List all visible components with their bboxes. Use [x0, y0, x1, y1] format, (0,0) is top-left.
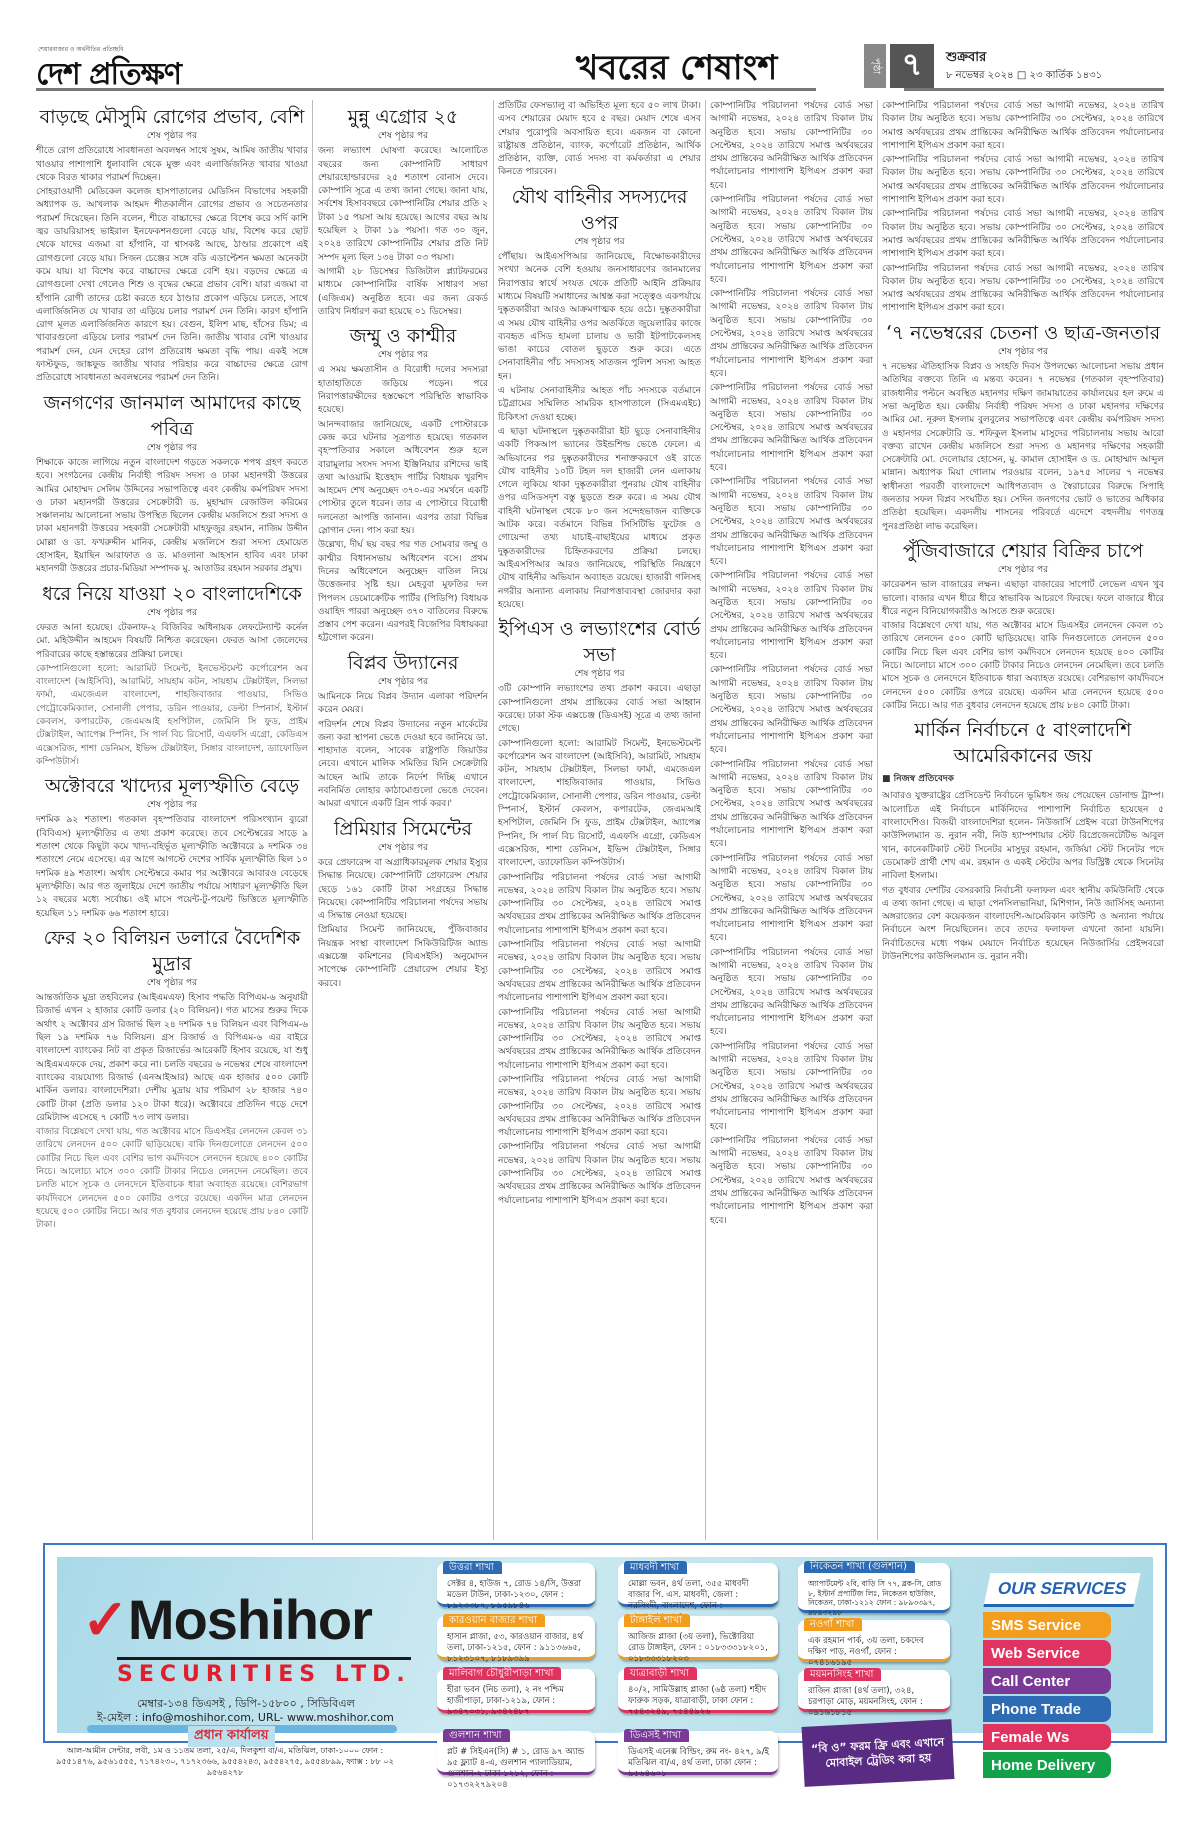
brand-swoosh-icon: ✓: [82, 1588, 128, 1651]
headline[interactable]: জম্মু ও কাশ্মীর: [318, 323, 488, 349]
head-office-label: প্রধান কার্যালয়: [188, 1726, 275, 1747]
bo-form-promo: “বি ও” ফরম ফ্রি এবং এখানে মোবাইল ট্রেডিং…: [802, 1719, 955, 1787]
headline[interactable]: অক্টোবরে খাদ্যের মূল্যস্ফীতি বেড়ে: [36, 773, 308, 799]
headline[interactable]: যৌথ বাহিনীর সদস্যদের ওপর: [498, 184, 701, 236]
continued-label: শেষ পৃষ্ঠার পর: [36, 442, 308, 455]
article-jammu-kashmir: জম্মু ও কাশ্মীর শেষ পৃষ্ঠার পর এ সময় ক্…: [318, 323, 488, 646]
headline[interactable]: পুঁজিবাজারে শেয়ার বিক্রির চাপে: [882, 538, 1164, 564]
branch-card: ডিএসই শাখাডিএসই এনেক্স বিল্ডিং, রুম নং- …: [618, 1731, 778, 1775]
article-body: কোম্পানিটির পরিচালনা পর্ষদের বোর্ড সভা আ…: [710, 476, 873, 569]
article-body: কোম্পানিটির পরিচালনা পর্ষদের বোর্ড সভা আ…: [710, 1135, 873, 1228]
branch-card: নওগাঁ শাখাএক রহমান পার্ক, ৩য় তলা, চকদেব…: [798, 1620, 950, 1662]
headline[interactable]: ফের ২০ বিলিয়ন ডলারে বৈদেশিক মুদ্রার: [36, 925, 308, 977]
branch-card: নিকেতন শাখা (গুলশান)অ্যাপার্টমেন্ট ২বি, …: [798, 1563, 950, 1613]
column-2: মুন্নু এগ্রোর ২৫ শেষ পৃষ্ঠার পর জন্য লভ্…: [318, 100, 488, 1535]
article-munnu-agro: মুন্নু এগ্রোর ২৫ শেষ পৃষ্ঠার পর জন্য লভ্…: [318, 104, 488, 319]
article-share-market: পুঁজিবাজারে শেয়ার বিক্রির চাপে শেষ পৃষ্…: [882, 538, 1164, 713]
continued-label: শেষ পৃষ্ঠার পর: [36, 799, 308, 812]
branch-card: উত্তরা শাখাসেক্টর ৪, হাউজ ৭, রোড ১৪/সি, …: [437, 1563, 595, 1607]
article-food-inflation: অক্টোবরে খাদ্যের মূল্যস্ফীতি বেড়ে শেষ প…: [36, 773, 308, 921]
article-body: প্রতিটির ফেসভ্যালু বা অভিহিত মূল্য হবে ৫…: [498, 100, 701, 180]
article-body: বাজার বিশ্লেষণে দেখা যায়, গত অক্টোবর মা…: [36, 1126, 308, 1232]
article-body: প্রিমিয়ার সিমেন্ট জানিয়েছে, পুঁজিবাজার…: [318, 924, 488, 990]
headline[interactable]: প্রিমিয়ার সিমেন্টের: [318, 816, 488, 842]
article-body: ফেরত আনা হয়েছে। টেকনাফ-২ বিজিবির অধিনায…: [36, 622, 308, 662]
article-body: দশমিক ৯২ শতাংশ। গতকাল বৃহস্পতিবার বাংলাদ…: [36, 814, 308, 920]
article-body: কোম্পানিটির পরিচালনা পর্ষদের বোর্ড সভা আ…: [498, 939, 701, 1005]
service-sms[interactable]: SMS Service: [983, 1612, 1111, 1638]
article-body: কোম্পানিটির পরিচালনা পর্ষদের বোর্ড সভা আ…: [498, 1007, 701, 1073]
article-us-election: মার্কিন নির্বাচনে ৫ বাংলাদেশি আমেরিকানের…: [882, 717, 1164, 964]
services-title: OUR SERVICES: [983, 1573, 1140, 1607]
article-body: কোম্পানিটির পরিচালনা পর্ষদের বোর্ড সভা আ…: [710, 664, 873, 757]
article-7-november: ‘৭ নভেম্বরের চেতনা ও ছাত্র-জনতার শেষ পৃষ…: [882, 320, 1164, 534]
headline[interactable]: জনগণের জানমাল আমাদের কাছে পবিত্র: [36, 390, 308, 442]
service-home-delivery[interactable]: Home Delivery: [983, 1752, 1111, 1778]
article-body: বাজার বিশ্লেষণে দেখা যায়, গত অক্টোবর মা…: [882, 620, 1164, 713]
article-body: পৌঁছায়। আইএসপিআর জানিয়েছে, বিক্ষোভকারী…: [498, 251, 701, 384]
column-divider: [877, 100, 878, 1540]
continued-label: শেষ পৃষ্ঠার পর: [36, 977, 308, 990]
article-body: কোম্পানিটির পরিচালনা পর্ষদের বোর্ড সভা আ…: [710, 759, 873, 852]
article-body: আনন্দবাজার জানিয়েছে, একটি পোস্টারকে কেন…: [318, 419, 488, 539]
article-body: কোম্পানিটির পরিচালনা পর্ষদের বোর্ড সভা আ…: [710, 382, 873, 475]
headline[interactable]: মার্কিন নির্বাচনে ৫ বাংলাদেশি আমেরিকানের…: [882, 717, 1164, 769]
continued-label: শেষ পৃষ্ঠার পর: [882, 346, 1164, 359]
date-day: শুক্রবার: [946, 48, 986, 69]
page-number: ৭: [890, 44, 934, 88]
article-body: শিক্ষাকে কাজে লাগিয়ে নতুন বাংলাদেশ গড়ত…: [36, 457, 308, 577]
article-body: কোম্পানিটির পরিচালনা পর্ষদের বোর্ড সভা আ…: [710, 853, 873, 946]
branch-card: যাত্রাবাড়ী শাখা৪০/২, সামিউল্লাহ প্লাজা …: [618, 1669, 778, 1713]
masthead-rule: [904, 88, 1164, 91]
masthead: শেয়ারবাজার ও অর্থনীতির প্রতিচ্ছবি দেশ প…: [36, 40, 1164, 90]
article-premier-cement: প্রিমিয়ার সিমেন্টের শেষ পৃষ্ঠার পর করে …: [318, 816, 488, 991]
branch-card: গুলশান শাখাপ্লট # সিইএন(সি) # ১, রোড ৯৭ …: [437, 1731, 595, 1775]
date-full: ৮ নভেম্বর ২০২৪ □ ২৩ কার্তিক ১৪৩১: [946, 68, 1102, 85]
article-body: আমিনকে নিয়ে বিপ্লব উদ্যান এলাকা পরিদর্শ…: [318, 691, 488, 718]
article-body: ৭ নভেম্বর ঐতিহাসিক বিপ্লব ও সংহতি দিবস উ…: [882, 361, 1164, 534]
continued-label: শেষ পৃষ্ঠার পর: [498, 668, 701, 681]
article-body: কোম্পানিটির পরিচালনা পর্ষদের বোর্ড সভা আ…: [710, 194, 873, 287]
article-body: জন্য লভ্যাংশ ঘোষণা করেছে। আলোচিত বছরের জ…: [318, 145, 488, 265]
article-body: কোম্পানিটির পরিচালনা পর্ষদের বোর্ড সভা আ…: [498, 1074, 701, 1140]
article-body: কোম্পানিটির পরিচালনা পর্ষদের বোর্ড সভা আ…: [710, 100, 873, 193]
article-body: এ ঘটনায় সেনাবাহিনীর আহত পাঁচ সদস্যকে বর…: [498, 385, 701, 425]
article-body: উল্লেখ্য, দীর্ঘ ছয় বছর পর গত সোমবার জম্…: [318, 539, 488, 645]
article-joint-forces: যৌথ বাহিনীর সদস্যদের ওপর শেষ পৃষ্ঠার পর …: [498, 184, 701, 612]
head-office-address: আল-আমীন সেন্টার, লবী, ১ম ও ১১তম তলা, ২৫/…: [50, 1745, 400, 1778]
page-label: পৃষ্ঠা: [864, 44, 886, 88]
column-3: প্রতিটির ফেসভ্যালু বা অভিহিত মূল্য হবে ৫…: [498, 100, 701, 1535]
article-body: ৩টি কোম্পানি লভ্যাংশের তথ্য প্রকাশ করবে।…: [498, 683, 701, 736]
service-web[interactable]: Web Service: [983, 1640, 1111, 1666]
article-body: কোম্পানিটির পরিচালনা পর্ষদের বোর্ড সভা আ…: [498, 1141, 701, 1207]
branch-card: মাধবদী শাখামোল্লা ভবন, ৪র্থ তলা, ৩৫৫ মাধ…: [618, 1563, 778, 1607]
branch-card: কারওয়ান বাজার শাখাহাসান প্লাজা, ৫৩, কার…: [437, 1616, 595, 1660]
column-divider: [493, 100, 494, 1540]
article-body: শীতে রোগ প্রতিরোধে সাবধানতা অবলম্বন সাথে…: [36, 145, 308, 185]
masthead-rule: [36, 88, 816, 91]
article-body: কোম্পানিগুলো হলো: আরামিট সিমেন্ট, ইনভেস্…: [498, 738, 701, 871]
article-body: গত বুধবার দেশটির বেসরকারি নির্বাচনী ফলাফ…: [882, 885, 1164, 965]
article-body: এ ছাড়া ঘটনাস্থলে দুষ্কৃতকারীরা ইট ছুড়ে…: [498, 426, 701, 612]
article-body: এ সময় ক্ষমতাসীন ও বিরোধী দলের সদস্যরা হ…: [318, 364, 488, 417]
headline[interactable]: বাড়ছে মৌসুমি রোগের প্রভাব, বেশি: [36, 104, 308, 130]
brand-subtitle: SECURITIES LTD.: [117, 1657, 411, 1687]
column-1: বাড়ছে মৌসুমি রোগের প্রভাব, বেশি শেষ পৃষ…: [36, 100, 308, 1535]
continued-label: শেষ পৃষ্ঠার পর: [882, 564, 1164, 577]
headline[interactable]: ‘৭ নভেম্বরের চেতনা ও ছাত্র-জনতার: [882, 320, 1164, 346]
article-body: কোম্পানিটির পরিচালনা পর্ষদের বোর্ড সভা আ…: [710, 570, 873, 663]
article-body: কোম্পানিটির পরিচালনা পর্ষদের বোর্ড সভা আ…: [710, 288, 873, 381]
headline[interactable]: বিপ্লব উদ্যানের: [318, 650, 488, 676]
continued-label: শেষ পৃষ্ঠার পর: [36, 607, 308, 620]
service-call-center[interactable]: Call Center: [983, 1668, 1111, 1694]
article-20-bangladeshis: ধরে নিয়ে যাওয়া ২০ বাংলাদেশিকে শেষ পৃষ্…: [36, 581, 308, 770]
article-body: করে প্রেফারেন্স বা অগ্রাধিকারমূলক শেয়ার…: [318, 857, 488, 923]
article-body: আবারও যুক্তরাষ্ট্রের প্রেসিডেন্ট নির্বাচ…: [882, 790, 1164, 883]
column-divider: [705, 100, 706, 1540]
article-body: কোম্পানিটির পরিচালনা পর্ষদের বোর্ড সভা আ…: [882, 263, 1164, 316]
article-body: কোম্পানিটির পরিচালনা পর্ষদের বোর্ড সভা আ…: [882, 154, 1164, 207]
column-divider: [312, 100, 313, 1540]
article-eps-board-meeting: ইপিএস ও লভ্যাংশের বোর্ড সভা শেষ পৃষ্ঠার …: [498, 616, 701, 1208]
article-body: কোম্পানিগুলো হলো: আরামিট সিমেন্ট, ইনভেস্…: [36, 663, 308, 769]
article-body: কোম্পানিটির পরিচালনা পর্ষদের বোর্ড সভা আ…: [498, 872, 701, 938]
continued-label: শেষ পৃষ্ঠার পর: [36, 130, 308, 143]
service-phone-trade[interactable]: Phone Trade: [983, 1696, 1111, 1722]
article-body: কোম্পানিটির পরিচালনা পর্ষদের বোর্ড সভা আ…: [882, 208, 1164, 261]
newspaper-logo[interactable]: দেশ প্রতিক্ষণ: [36, 50, 181, 101]
branch-card: টাঙ্গাইল শাখাআজিজ প্লাজা (৩য় তলা), ভিক্…: [618, 1616, 778, 1660]
byline: ■ নিজস্ব প্রতিবেদক: [882, 773, 1164, 786]
article-body: কোম্পানিটির পরিচালনা পর্ষদের বোর্ড সভা আ…: [710, 947, 873, 1040]
continued-label: শেষ পৃষ্ঠার পর: [318, 349, 488, 362]
article-body: সোহরাওয়ার্দী মেডিকেল কলেজ হাসপাতালের মে…: [36, 186, 308, 385]
column-4: কোম্পানিটির পরিচালনা পর্ষদের বোর্ড সভা আ…: [710, 100, 873, 1535]
article-body: কোম্পানিটির পরিচালনা পর্ষদের বোর্ড সভা আ…: [710, 1041, 873, 1134]
continued-label: শেষ পৃষ্ঠার পর: [318, 842, 488, 855]
headline[interactable]: ধরে নিয়ে যাওয়া ২০ বাংলাদেশিকে: [36, 581, 308, 607]
continued-label: শেষ পৃষ্ঠার পর: [318, 676, 488, 689]
branch-card: মালিবাগ চৌধুরীপাড়া শাখাহীরা ভবন (নিচ তল…: [437, 1669, 595, 1713]
headline[interactable]: ইপিএস ও লভ্যাংশের বোর্ড সভা: [498, 616, 701, 668]
service-female-ws[interactable]: Female Ws: [983, 1724, 1111, 1750]
article-biplob-udyan: বিপ্লব উদ্যানের শেষ পৃষ্ঠার পর আমিনকে নি…: [318, 650, 488, 812]
article-forex-reserve: ফের ২০ বিলিয়ন ডলারে বৈদেশিক মুদ্রার শেষ…: [36, 925, 308, 1233]
article-public-property: জনগণের জানমাল আমাদের কাছে পবিত্র শেষ পৃষ…: [36, 390, 308, 577]
headline[interactable]: মুন্নু এগ্রোর ২৫: [318, 104, 488, 130]
article-body: কোম্পানিটির পরিচালনা পর্ষদের বোর্ড সভা আ…: [882, 100, 1164, 153]
column-5: কোম্পানিটির পরিচালনা পর্ষদের বোর্ড সভা আ…: [882, 100, 1164, 1535]
brand-logo: ✓Moshihor: [82, 1587, 372, 1653]
continued-label: শেষ পৃষ্ঠার পর: [498, 236, 701, 249]
article-body: আন্তর্জাতিক মুদ্রা তহবিলের (আইএমএফ) হিসা…: [36, 992, 308, 1125]
branch-card: ময়মনসিংহ শাখারাজিন প্লাজা (৪র্থ তলা), ৩…: [798, 1670, 950, 1712]
article-seasonal-disease: বাড়ছে মৌসুমি রোগের প্রভাব, বেশি শেষ পৃষ…: [36, 104, 308, 386]
article-body: কারেকশন ভাল বাজারের লক্ষন। এছাড়া বাজারে…: [882, 579, 1164, 619]
article-body: আগামী ২৮ ডিসেম্বর ডিজিটাল প্ল্যাটফরমের ম…: [318, 266, 488, 319]
article-body: পরিদর্শন শেষে বিপ্লব উদ্যানের নতুন মার্ক…: [318, 719, 488, 812]
continued-label: শেষ পৃষ্ঠার পর: [318, 130, 488, 143]
